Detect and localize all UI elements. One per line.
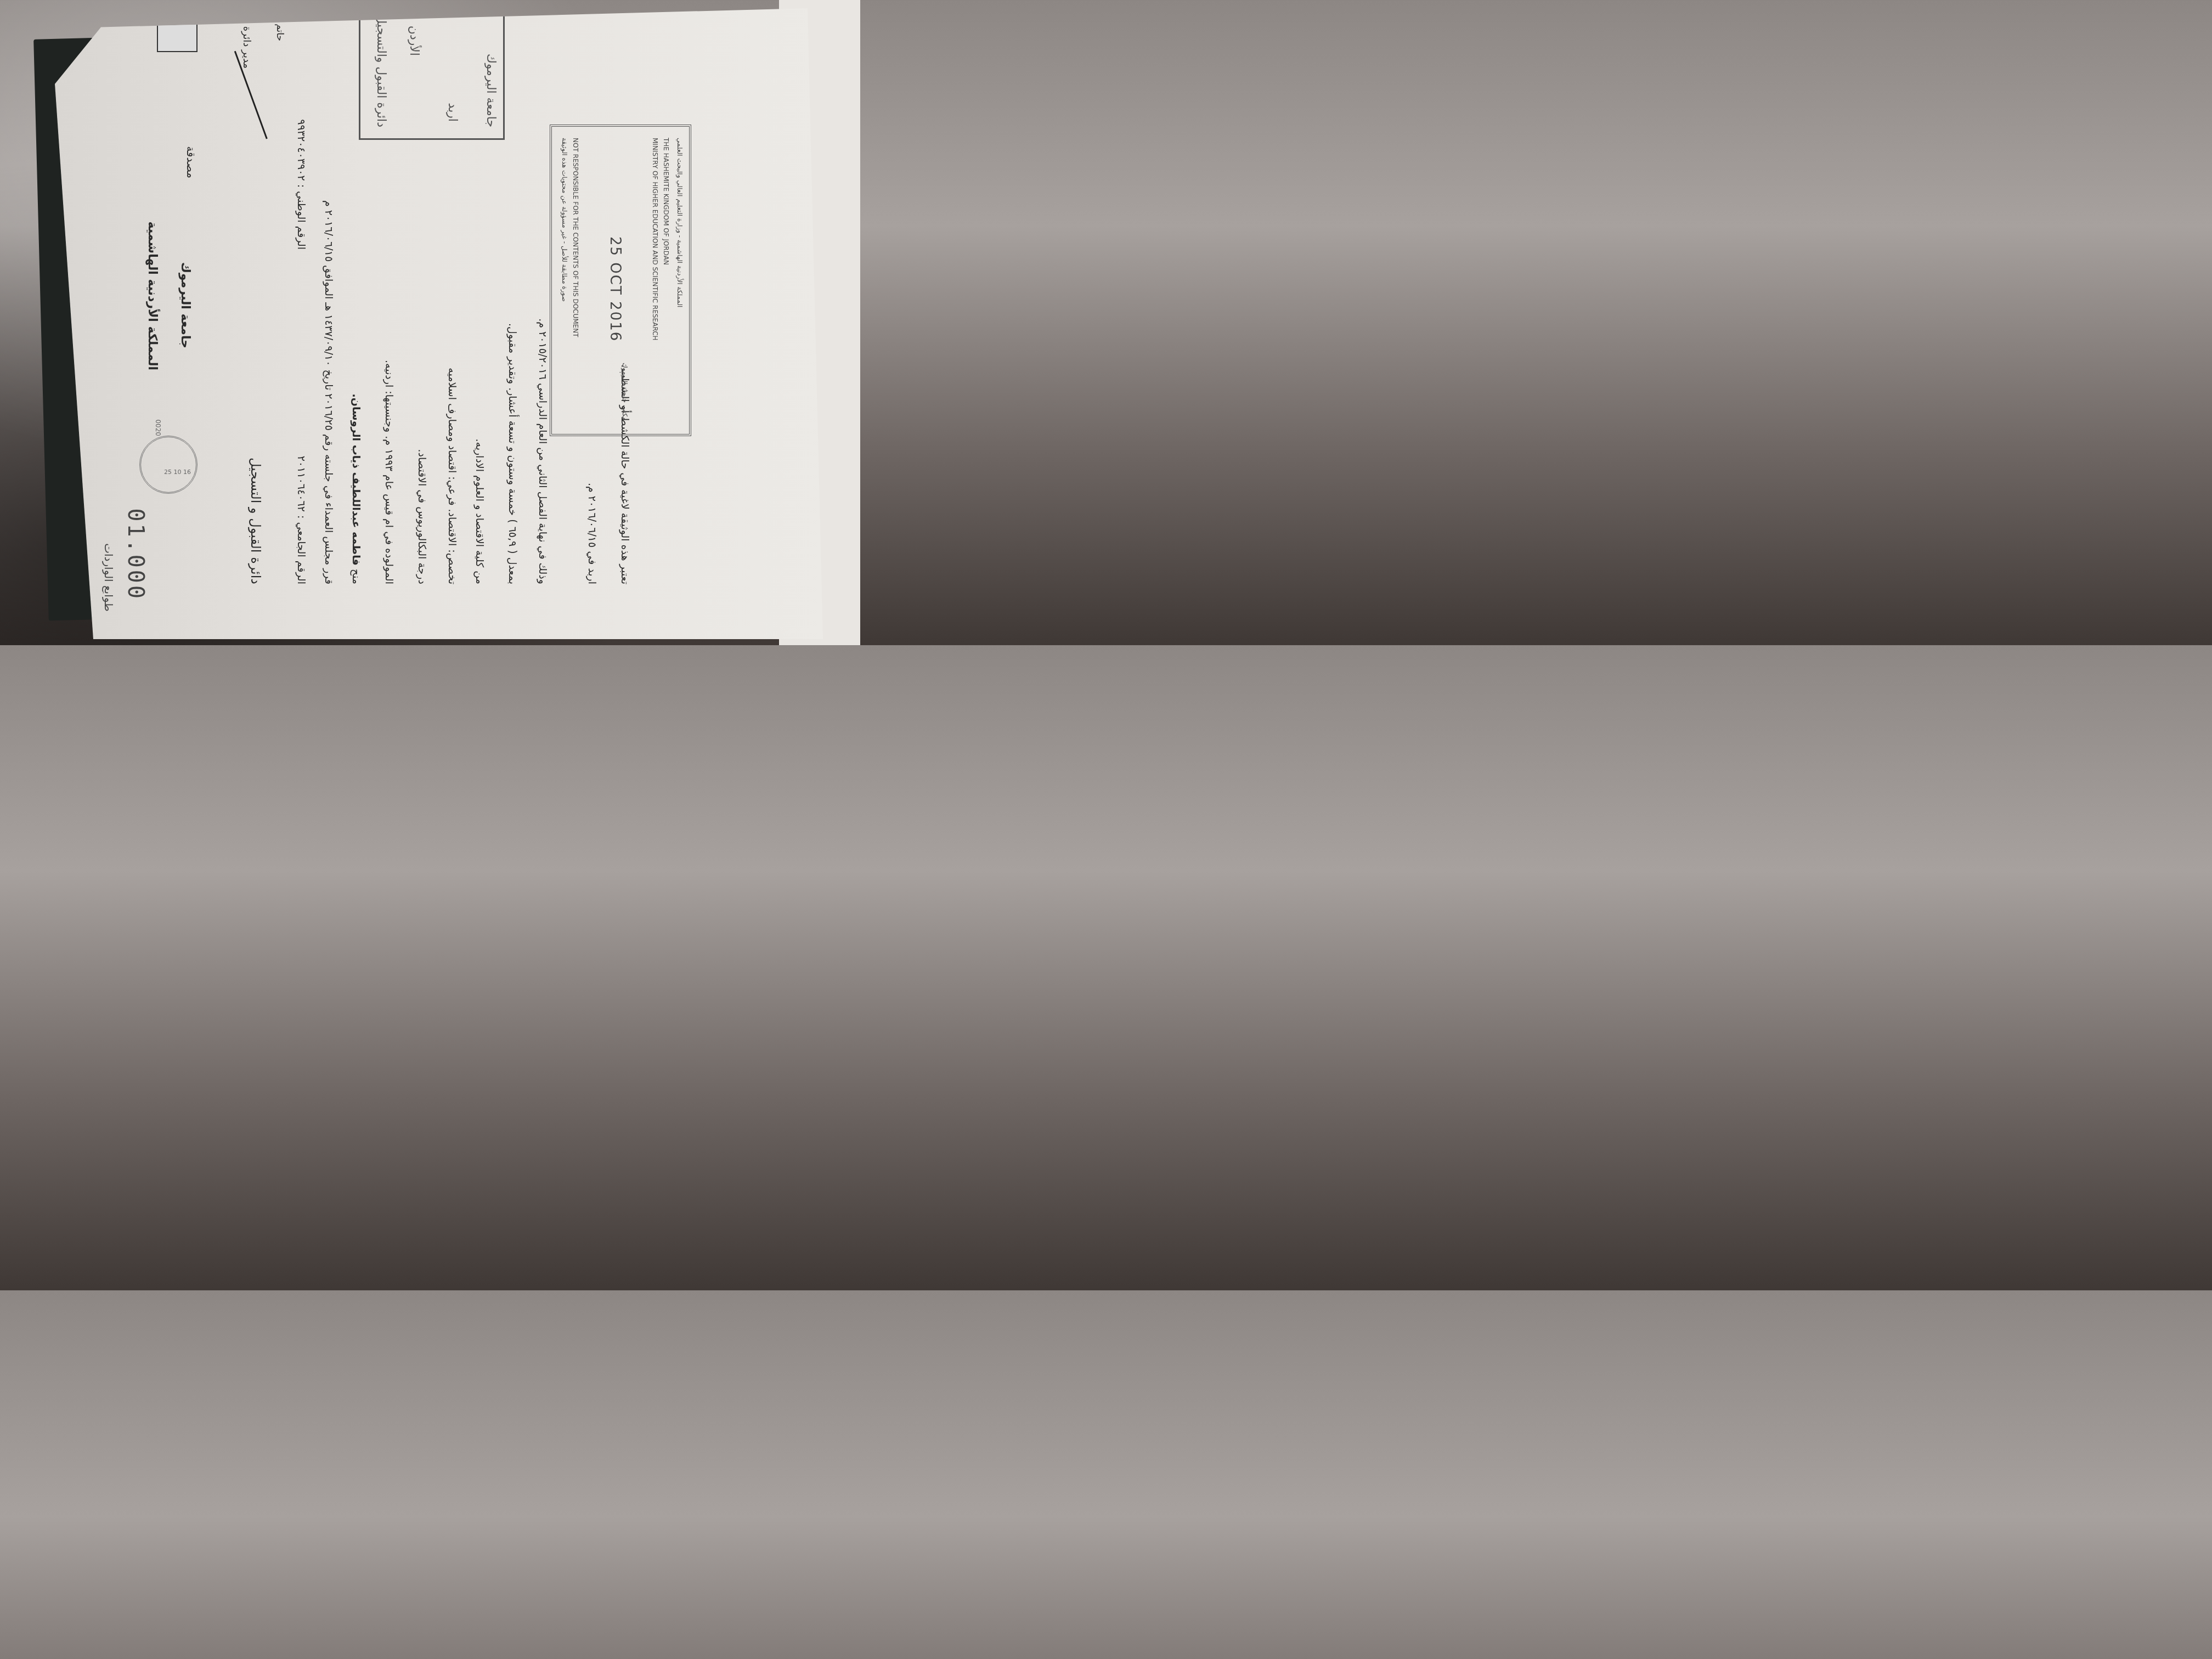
gpa-words: خمسة وستون و تسعة أعشار. bbox=[506, 387, 518, 516]
office-stamp-line4: دائرة القبول والتسجيل bbox=[374, 15, 388, 127]
office-stamp-line2: اربد bbox=[445, 103, 459, 122]
birth-year: عام ١٩٩٣ م. bbox=[383, 436, 395, 490]
revenue-seal-date: 25 10 16 bbox=[164, 469, 191, 476]
office-stamp-line3: الأردن bbox=[407, 26, 421, 56]
ministry-stamp-arabic: المملكة الأردنية الهاشمية - وزارة التعلي… bbox=[676, 138, 684, 307]
degree-line: درجة البكالوريوس في الاقتصاد. bbox=[416, 449, 428, 584]
revenue-stamp-code: 0020 bbox=[154, 419, 162, 436]
gpa-line: بمعدل ( ٦٥,٩ ) خمسة وستون و تسعة أعشار. … bbox=[506, 323, 518, 584]
national-number-label: الرقم الوطني : bbox=[295, 184, 307, 250]
registration-office-stamp: جامعة اليرموك اربد الأردن دائرة القبول و… bbox=[359, 0, 505, 140]
major-line: تخصص: الاقتصاد. فرعي: اقتصاد ومصارف اسلا… bbox=[446, 368, 458, 584]
office-stamp-line1: جامعة اليرموك bbox=[484, 54, 498, 127]
nationality: وجنسيتها: اردنيه. bbox=[383, 360, 395, 432]
ministry-stamp-english-2: MINISTRY OF HIGHER EDUCATION AND SCIENTI… bbox=[651, 138, 659, 341]
gpa-value: ( ٦٥,٩ ) bbox=[506, 519, 518, 554]
university-number-label: الرقم الجامعي : bbox=[295, 515, 307, 584]
ministry-stamp-disclaimer-en: NOT RESPONSIBLE FOR THE CONTENTS OF THIS… bbox=[572, 138, 579, 337]
header-university: جامعة اليرموك bbox=[178, 262, 192, 348]
revenue-stamp-label: طوابع الواردات bbox=[102, 543, 115, 612]
major-value: الاقتصاد. bbox=[446, 509, 458, 546]
student-name-line: منح فاطمه عبداللطيف ذياب الروسان. bbox=[350, 394, 362, 584]
national-number: الرقم الوطني : ٩٩٣٢٠٤٠٣٩٠٢ bbox=[295, 119, 307, 250]
council-decision: قرر مجلس العمداء في جلسته رقم ٢٠١٦/٢٥ تا… bbox=[323, 200, 335, 584]
national-number-value: ٩٩٣٢٠٤٠٣٩٠٢ bbox=[295, 119, 307, 180]
term-line: وذلك في نهاية الفصل الثاني من العام الدر… bbox=[537, 318, 549, 584]
ministry-stamp: المملكة الأردنية الهاشمية - وزارة التعلي… bbox=[550, 125, 691, 436]
revenue-seal-icon bbox=[139, 436, 198, 494]
birth-place: المولوده في ام قيس bbox=[383, 494, 395, 584]
granted-label: منح bbox=[350, 569, 362, 584]
university-number-value: ٢٠١١٠٦٤٠٦٢ bbox=[295, 456, 307, 512]
minor-branch: فرعي: اقتصاد ومصارف اسلاميه bbox=[446, 368, 458, 505]
major-label: تخصص: bbox=[446, 549, 458, 584]
ministry-stamp-date: 25 OCT 2016 bbox=[607, 236, 623, 342]
birth-line: المولوده في ام قيس عام ١٩٩٣ م. وجنسيتها:… bbox=[383, 360, 395, 584]
ministry-stamp-english-1: THE HASHEMITE KINGDOM OF JORDAN bbox=[662, 138, 670, 265]
gpa-label: بمعدل bbox=[506, 557, 518, 584]
student-name: فاطمه عبداللطيف ذياب الروسان. bbox=[350, 394, 362, 566]
revenue-stamp-amount: 01.000 bbox=[123, 509, 148, 601]
signature-icon bbox=[213, 51, 268, 146]
certified-label: مصدقة bbox=[184, 146, 198, 178]
ministry-stamp-office: مكتب جامعة اليرموك bbox=[621, 363, 629, 421]
header-kingdom: المملكة الأردنية الهاشمية bbox=[145, 222, 159, 371]
grade: وتقدير مقبول. bbox=[506, 323, 518, 384]
place-date-line: اربد في ٢٠١٦/٠٦/١٥ م. bbox=[586, 483, 598, 584]
ministry-stamp-disclaimer-ar: صورة مطابقة للأصل - غير مسؤولة عن محتويا… bbox=[561, 138, 568, 302]
faculty-line: من كلية الاقتصاد و العلوم الاداريه. bbox=[473, 438, 486, 584]
certificate-content: المملكة الأردنية الهاشمية جامعة اليرموك … bbox=[132, 19, 669, 634]
university-number: الرقم الجامعي : ٢٠١١٠٦٤٠٦٢ bbox=[295, 456, 307, 584]
header-department: دائرة القبول و التسجيل bbox=[248, 458, 263, 584]
document-paper: المملكة الأردنية الهاشمية جامعة اليرموك … bbox=[55, 8, 823, 639]
